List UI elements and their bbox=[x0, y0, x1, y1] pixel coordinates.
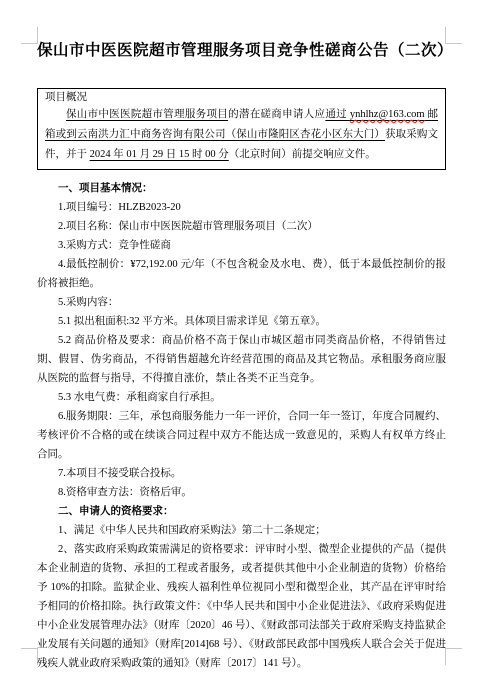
body-paragraph: 2.项目名称：保山市中医医院超市管理服务项目（二次） bbox=[37, 217, 446, 236]
body-paragraph: 1.项目编号：HLZB2023-20 bbox=[37, 198, 446, 217]
body-paragraph: 5.1 拟出租面积:32 平方米。具体项目需求详见《第五章》。 bbox=[37, 312, 446, 331]
section-heading: 二、申请人的资格要求： bbox=[37, 502, 446, 521]
body-paragraph: 5.2 商品价格及要求：商品价格不高于保山市城区超市同类商品价格，不得销售过期、… bbox=[37, 331, 446, 388]
body-paragraph: 8.资格审查方法：资格后审。 bbox=[37, 483, 446, 502]
body-paragraph: 6.服务期限：三年，承包商服务能力一年一评价，合同一年一签订，年度合同履约、考核… bbox=[37, 407, 446, 464]
overview-segment: （北京时间）前提交响应文件。 bbox=[229, 149, 376, 160]
section-heading: 一、项目基本情况： bbox=[37, 179, 446, 198]
body-paragraph: 2、落实政府采购政策需满足的资格要求：评审时小型、微型企业提供的产品（提供本企业… bbox=[37, 540, 446, 673]
document-title: 保山市中医医院超市管理服务项目竞争性磋商公告（二次） bbox=[37, 40, 446, 62]
overview-segment: 保山市中医医院超市管理服务项目 bbox=[66, 109, 228, 120]
overview-segment: 通过 bbox=[325, 109, 350, 120]
project-overview-box: 项目概况 保山市中医医院超市管理服务项目的潜在磋商申请人应通过 ynhlhz@1… bbox=[37, 88, 446, 170]
body-paragraph: 5.3 水电气费：承租商家自行承担。 bbox=[37, 388, 446, 407]
overview-paragraph: 保山市中医医院超市管理服务项目的潜在磋商申请人应通过 ynhlhz@163.co… bbox=[45, 105, 438, 165]
text-boundary-mark-top-left bbox=[21, 27, 38, 44]
text-boundary-mark-bottom-left bbox=[21, 648, 38, 665]
overview-segment: 的潜在磋商申请人应 bbox=[228, 109, 325, 120]
body-paragraph: 7.本项目不接受联合投标。 bbox=[37, 464, 446, 483]
body-paragraph: 4.最低控制价：¥72,192.00 元/年（不包含税金及水电、费），低于本最低… bbox=[37, 255, 446, 293]
body-paragraph: 3.采购方式：竞争性磋商 bbox=[37, 236, 446, 255]
document-body: 一、项目基本情况：1.项目编号：HLZB2023-202.项目名称：保山市中医医… bbox=[37, 179, 446, 673]
body-paragraph: 5.采购内容： bbox=[37, 293, 446, 312]
text-boundary-mark-bottom-right bbox=[445, 648, 462, 665]
overview-segment: 2024 年 01 月 29 日 15 时 00 分 bbox=[90, 149, 229, 160]
document-page: 保山市中医医院超市管理服务项目竞争性磋商公告（二次） 项目概况 保山市中医医院超… bbox=[0, 0, 482, 694]
email-address: ynhlhz@163.com bbox=[350, 109, 425, 120]
body-paragraph: 1、满足《中华人民共和国政府采购法》第二十二条规定； bbox=[37, 521, 446, 540]
spellcheck-underline-text: ynhlhz@163.com bbox=[350, 109, 425, 120]
overview-box-label: 项目概况 bbox=[45, 91, 438, 105]
document-content: 保山市中医医院超市管理服务项目竞争性磋商公告（二次） 项目概况 保山市中医医院超… bbox=[37, 34, 446, 673]
